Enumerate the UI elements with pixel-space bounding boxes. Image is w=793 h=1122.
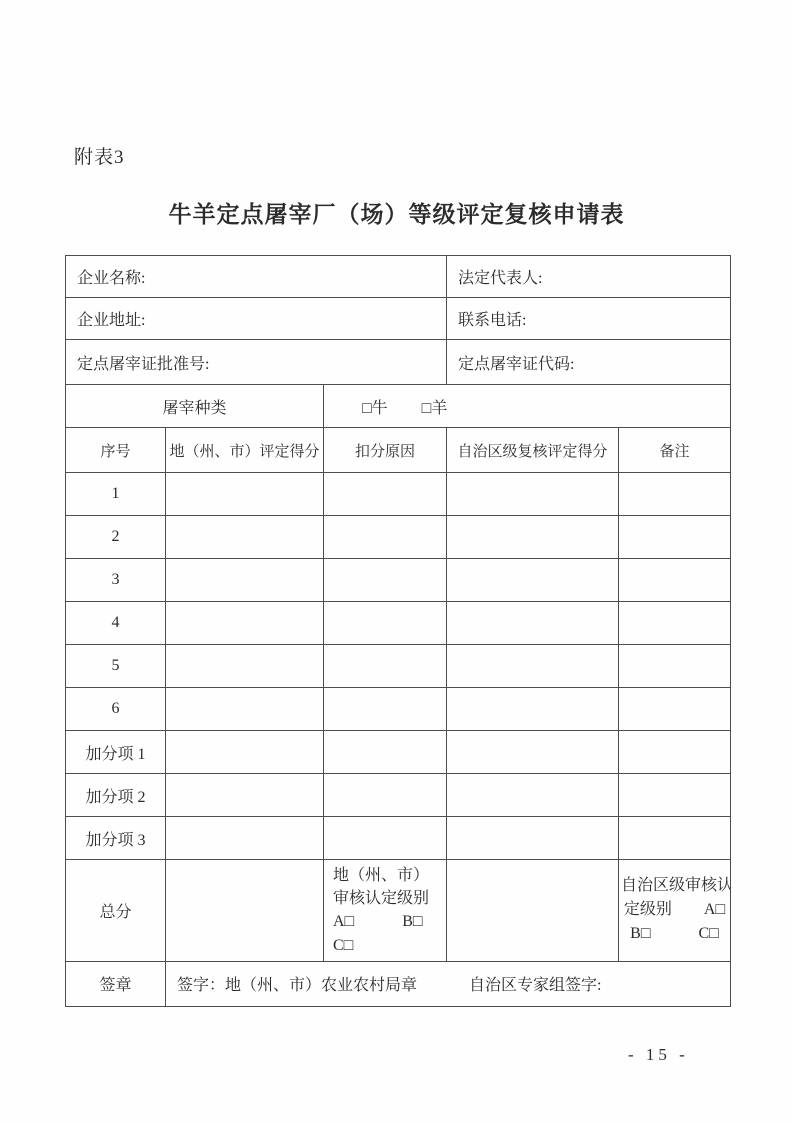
region-score-cell [447,731,619,774]
score-row-bonus-3: 加分项 3 [66,817,731,860]
region-grade-line: 定级别 A□ [621,898,728,922]
region-score-cell [447,688,619,731]
cattle-checkbox-option: □牛 [362,400,388,417]
signature-label: 签章 [66,961,166,1006]
row-index-cell: 3 [66,559,166,602]
header-index: 序号 [66,428,166,473]
total-score-row: 总分 地（州、市） 审核认定级别 A□ B□ C□ 自治区级审核认 定级别 A□… [66,860,731,962]
company-address-label: 企业地址: [66,298,447,340]
header-deduction-reason: 扣分原因 [324,428,447,473]
row-index-cell: 2 [66,516,166,559]
table-row-license: 定点屠宰证批准号: 定点屠宰证代码: [66,340,731,385]
document-page: 附表3 牛羊定点屠宰厂（场）等级评定复核申请表 企业名称: 法定代表人: 企业地… [0,0,793,1122]
annex-label: 附表3 [74,142,125,169]
contact-phone-label: 联系电话: [447,298,731,340]
signature-right-text: 自治区专家组签字: [469,977,601,994]
region-grade-checkboxes: B□ C□ [621,922,728,946]
license-approval-number-label: 定点屠宰证批准号: [66,340,447,385]
deduction-reason-cell [324,645,447,688]
region-score-cell [447,817,619,860]
deduction-reason-cell [324,559,447,602]
row-index-cell: 6 [66,688,166,731]
row-index-cell: 加分项 3 [66,817,166,860]
row-index-cell: 5 [66,645,166,688]
species-options-cell: □牛 □羊 [324,385,731,428]
region-grade-line: 自治区级审核认 [621,874,728,898]
score-row-6: 6 [66,688,731,731]
prefecture-grade-checkboxes: C□ [333,934,442,957]
prefecture-score-cell [166,559,324,602]
sheep-checkbox-option: □羊 [422,400,448,417]
remark-cell [619,473,731,516]
header-prefecture-score: 地（州、市）评定得分 [166,428,324,473]
table-header-row: 序号 地（州、市）评定得分 扣分原因 自治区级复核评定得分 备注 [66,428,731,473]
score-row-bonus-2: 加分项 2 [66,774,731,817]
score-row-2: 2 [66,516,731,559]
region-score-cell [447,774,619,817]
legal-representative-label: 法定代表人: [447,256,731,298]
total-label: 总分 [66,860,166,962]
deduction-reason-cell [324,688,447,731]
score-row-bonus-1: 加分项 1 [66,731,731,774]
prefecture-grade-line: 审核认定级别 [333,887,442,910]
deduction-reason-cell [324,817,447,860]
score-row-1: 1 [66,473,731,516]
signature-left-text: 签字：地（州、市）农业农村局章 [177,977,417,994]
header-remark: 备注 [619,428,731,473]
deduction-reason-cell [324,602,447,645]
remark-cell [619,559,731,602]
species-type-label: 屠宰种类 [66,385,324,428]
total-prefecture-score-cell [166,860,324,962]
deduction-reason-cell [324,473,447,516]
region-grade-cell: 自治区级审核认 定级别 A□ B□ C□ [619,860,731,962]
prefecture-grade-cell: 地（州、市） 审核认定级别 A□ B□ C□ [324,860,447,962]
score-row-4: 4 [66,602,731,645]
page-number: - 15 - [628,1045,689,1065]
region-score-cell [447,602,619,645]
remark-cell [619,731,731,774]
remark-cell [619,688,731,731]
company-name-label: 企业名称: [66,256,447,298]
remark-cell [619,645,731,688]
page-title: 牛羊定点屠宰厂（场）等级评定复核申请表 [0,196,793,229]
region-score-cell [447,559,619,602]
prefecture-score-cell [166,645,324,688]
prefecture-score-cell [166,817,324,860]
deduction-reason-cell [324,516,447,559]
region-score-cell [447,645,619,688]
prefecture-score-cell [166,731,324,774]
prefecture-score-cell [166,473,324,516]
license-code-label: 定点屠宰证代码: [447,340,731,385]
table-row-species: 屠宰种类 □牛 □羊 [66,385,731,428]
score-row-5: 5 [66,645,731,688]
remark-cell [619,774,731,817]
remark-cell [619,516,731,559]
prefecture-grade-line: 地（州、市） [333,864,442,887]
deduction-reason-cell [324,731,447,774]
table-row-company-name: 企业名称: 法定代表人: [66,256,731,298]
row-index-cell: 4 [66,602,166,645]
remark-cell [619,817,731,860]
row-index-cell: 1 [66,473,166,516]
row-index-cell: 加分项 2 [66,774,166,817]
remark-cell [619,602,731,645]
signature-cell: 签字：地（州、市）农业农村局章 自治区专家组签字: [166,961,731,1006]
prefecture-score-cell [166,774,324,817]
prefecture-grade-checkboxes: A□ B□ [333,910,442,933]
region-score-cell [447,516,619,559]
prefecture-score-cell [166,688,324,731]
deduction-reason-cell [324,774,447,817]
row-index-cell: 加分项 1 [66,731,166,774]
header-region-score: 自治区级复核评定得分 [447,428,619,473]
prefecture-score-cell [166,516,324,559]
application-form-table: 企业名称: 法定代表人: 企业地址: 联系电话: 定点屠宰证批准号: 定点屠宰证… [65,255,731,1007]
signature-row: 签章 签字：地（州、市）农业农村局章 自治区专家组签字: [66,961,731,1006]
score-row-3: 3 [66,559,731,602]
table-row-company-address: 企业地址: 联系电话: [66,298,731,340]
prefecture-score-cell [166,602,324,645]
total-region-score-cell [447,860,619,962]
region-score-cell [447,473,619,516]
